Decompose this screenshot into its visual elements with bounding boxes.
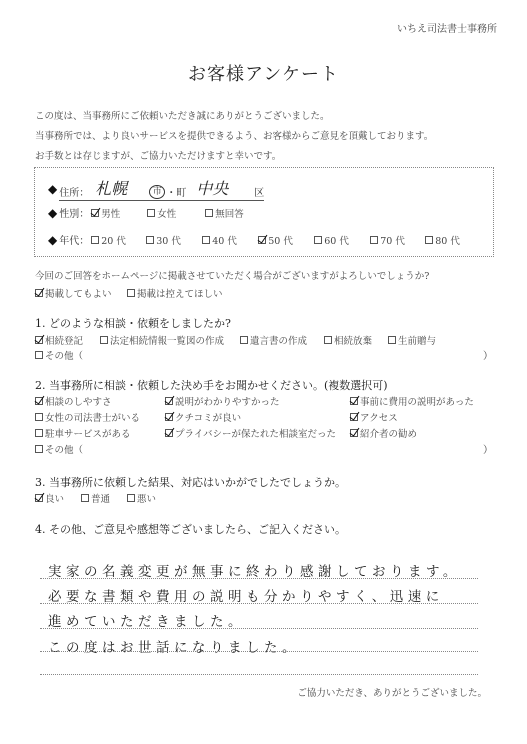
age-50s-checkbox[interactable]: 50 代 (258, 233, 314, 247)
gender-row: ◆ 性別： 男性 女性 無回答 (48, 205, 244, 220)
address-ward-suffix: 区 (254, 184, 264, 199)
q1-other-row: その他（ (35, 348, 83, 362)
address-city-handwritten: 札幌 (95, 176, 127, 199)
q1-heading: 1. どのような相談・依頼をしましたか? (35, 315, 231, 331)
q2-option-female-scrivener[interactable]: 女性の司法書士がいる (35, 410, 165, 424)
q1-options: 相続登記 法定相続情報一覧図の作成 遺言書の作成 相続放棄 生前贈与 (35, 333, 436, 347)
age-20s-checkbox[interactable]: 20 代 (91, 233, 146, 247)
age-80s-checkbox[interactable]: 80 代 (425, 233, 460, 247)
gender-label: 性別： (59, 205, 89, 220)
q2-option-parking[interactable]: 駐車サービスがある (35, 426, 165, 440)
comment-ruled-line (40, 578, 478, 579)
age-row: ◆ 年代： 20 代 30 代 40 代 50 代 60 代 70 代 80 代 (48, 232, 460, 247)
diamond-bullet-icon: ◆ (48, 206, 57, 220)
address-field[interactable]: 住所： 札幌 市 ・町 中央 区 (59, 176, 264, 201)
comment-ruled-line (40, 628, 478, 629)
q4-heading: 4. その他、ご意見や感想等ございましたら、ご記入ください。 (35, 521, 346, 537)
comment-ruled-line (40, 603, 478, 604)
checkbox-checked-icon (35, 336, 43, 344)
checkbox-icon (127, 494, 135, 502)
q2-options-row-1: 相談のしやすさ 説明がわかりやすかった 事前に費用の説明があった (35, 394, 474, 408)
checkbox-icon (425, 236, 433, 244)
checkbox-checked-icon (350, 413, 358, 421)
checkbox-icon (81, 494, 89, 502)
q1-option-statutory-inheritance-info[interactable]: 法定相続情報一覧図の作成 (100, 333, 240, 347)
q3-option-good[interactable]: 良い (35, 491, 81, 505)
q2-option-referral[interactable]: 紹介者の勧め (350, 426, 417, 440)
q3-option-average[interactable]: 普通 (81, 491, 127, 505)
comment-line-2: 必要な書類や費用の説明も分かりやすく、迅速に (48, 585, 444, 605)
age-40s-checkbox[interactable]: 40 代 (202, 233, 258, 247)
checkbox-icon (146, 236, 154, 244)
q1-option-inheritance-registration[interactable]: 相続登記 (35, 333, 100, 347)
q2-other-close-paren: ） (483, 441, 493, 456)
q2-option-other[interactable]: その他（ (35, 442, 83, 456)
q2-options-row-2: 女性の司法書士がいる クチコミが良い アクセス (35, 410, 398, 424)
address-separator: ・町 (166, 184, 186, 199)
q2-options-row-3: 駐車サービスがある プライバシーが保たれた相談室だった 紹介者の勧め (35, 426, 417, 440)
address-ward-handwritten: 中央 (196, 176, 228, 199)
checkbox-checked-icon (91, 209, 99, 217)
checkbox-icon (240, 336, 248, 344)
checkbox-icon (100, 336, 108, 344)
checkbox-checked-icon (35, 494, 43, 502)
publish-ok-checkbox[interactable]: 掲載してもよい (35, 286, 127, 300)
q1-option-lifetime-gift[interactable]: 生前贈与 (388, 333, 436, 347)
checkbox-icon (147, 209, 155, 217)
q1-other-close-paren: ） (483, 347, 493, 362)
age-30s-checkbox[interactable]: 30 代 (146, 233, 202, 247)
diamond-bullet-icon: ◆ (48, 233, 57, 247)
q1-option-inheritance-renunciation[interactable]: 相続放棄 (324, 333, 388, 347)
age-60s-checkbox[interactable]: 60 代 (314, 233, 370, 247)
diamond-bullet-icon: ◆ (48, 182, 57, 196)
checkbox-icon (205, 209, 213, 217)
comment-ruled-line (40, 651, 478, 652)
q3-options: 良い 普通 悪い (35, 491, 156, 505)
intro-line-2: 当事務所では、より良いサービスを提供できるよう、お客様からご意見を頂戴しておりま… (35, 128, 433, 142)
intro-line-3: お手数とは存じますが、ご協力いただけますと幸いです。 (35, 148, 281, 162)
city-type-circled[interactable]: 市 (149, 185, 165, 199)
checkbox-checked-icon (165, 429, 173, 437)
q1-option-other[interactable]: その他（ (35, 348, 83, 362)
office-name: いちえ司法書士事務所 (397, 20, 497, 35)
checkbox-icon (388, 336, 396, 344)
comment-line-3: 進めていただきました。 (48, 610, 246, 630)
comment-line-1: 実家の名義変更が無事に終わり感謝しております。 (48, 560, 461, 580)
age-label: 年代： (59, 232, 89, 247)
checkbox-checked-icon (350, 429, 358, 437)
checkbox-checked-icon (165, 397, 173, 405)
checkbox-checked-icon (35, 397, 43, 405)
checkbox-icon (202, 236, 210, 244)
publish-decline-checkbox[interactable]: 掲載は控えてほしい (127, 286, 223, 300)
checkbox-checked-icon (350, 397, 358, 405)
address-label: 住所： (59, 184, 89, 199)
gender-male-checkbox[interactable]: 男性 (91, 206, 147, 220)
checkbox-icon (35, 351, 43, 359)
q2-option-clear-explanation[interactable]: 説明がわかりやすかった (165, 394, 350, 408)
publish-question: 今回のご回答をホームページに掲載させていただく場合がございますがよろしいでしょう… (35, 268, 429, 282)
thanks-message: ご協力いただき、ありがとうございました。 (297, 685, 487, 699)
address-row: ◆ 住所： 札幌 市 ・町 中央 区 (48, 176, 264, 201)
page-title: お客様アンケート (0, 60, 527, 86)
q2-heading: 2. 当事務所に相談・依頼した決め手をお聞かせください。(複数選択可) (35, 377, 388, 393)
publish-options: 掲載してもよい 掲載は控えてほしい (35, 286, 223, 300)
checkbox-icon (35, 413, 43, 421)
q2-other-row: その他（ (35, 442, 83, 456)
checkbox-icon (370, 236, 378, 244)
comment-ruled-line (40, 674, 478, 675)
q2-option-good-reviews[interactable]: クチコミが良い (165, 410, 350, 424)
checkbox-icon (91, 236, 99, 244)
checkbox-icon (324, 336, 332, 344)
checkbox-checked-icon (165, 413, 173, 421)
q2-option-easy-consult[interactable]: 相談のしやすさ (35, 394, 165, 408)
checkbox-checked-icon (35, 289, 43, 297)
checkbox-checked-icon (258, 236, 266, 244)
q2-option-access[interactable]: アクセス (350, 410, 398, 424)
checkbox-icon (127, 289, 135, 297)
comment-line-4: この度はお世話になりました。 (48, 636, 300, 656)
gender-no-answer-checkbox[interactable]: 無回答 (205, 206, 244, 220)
q2-option-private-room[interactable]: プライバシーが保たれた相談室だった (165, 426, 350, 440)
age-70s-checkbox[interactable]: 70 代 (370, 233, 425, 247)
q3-heading: 3. 当事務所に依頼した結果、対応はいかがでしたでしょうか。 (35, 474, 346, 490)
gender-female-checkbox[interactable]: 女性 (147, 206, 205, 220)
checkbox-icon (314, 236, 322, 244)
checkbox-icon (35, 429, 43, 437)
intro-line-1: この度は、当事務所にご依頼いただき誠にありがとうございました。 (35, 108, 330, 122)
checkbox-icon (35, 445, 43, 453)
q3-option-bad[interactable]: 悪い (127, 491, 156, 505)
q1-option-will-drafting[interactable]: 遺言書の作成 (240, 333, 324, 347)
q2-option-fee-explained[interactable]: 事前に費用の説明があった (350, 394, 474, 408)
